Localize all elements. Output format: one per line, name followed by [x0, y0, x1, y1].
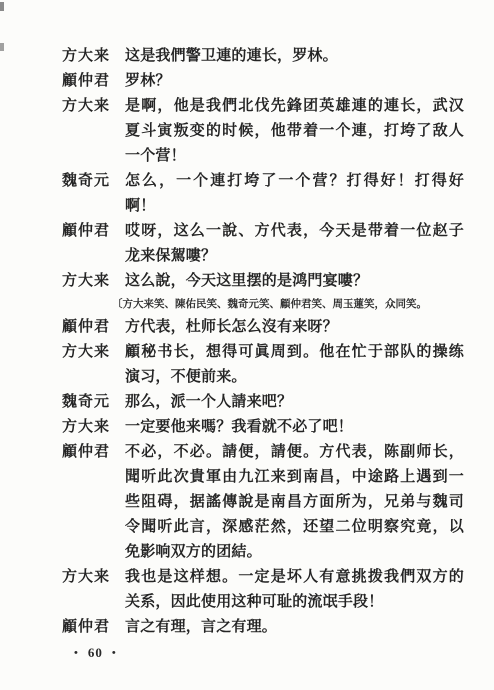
- footer-dot-left-icon: •: [74, 647, 79, 660]
- dialogue-script: 方大来 这是我們警卫連的連长，罗林。 顧仲君 罗林？ 方大来 是啊，他是我們北伐…: [62, 44, 464, 640]
- page-number-value: 60: [88, 645, 103, 661]
- dialogue-line: 令聞听此言，深感茫然，还望二位明察究竟，以: [125, 515, 464, 540]
- dialogue-line: 龙来保駕嘍？: [125, 244, 464, 269]
- dialogue-row: 方大来 是啊，他是我們北伐先鋒团英雄連的連长，武汉: [62, 94, 464, 119]
- page-number: • 60 •: [74, 645, 117, 661]
- dialogue-row: 免影响双方的团結。: [62, 540, 464, 565]
- dialogue-row: 方大来 顧秘书长，想得可眞周到。他在忙于部队的操练: [62, 340, 464, 365]
- dialogue-line: 一定要他来嗎？我看就不必了吧！: [125, 415, 464, 440]
- dialogue-line: 些阻碍，据謠傳說是南昌方面所为，兄弟与魏司: [125, 490, 464, 515]
- speaker-name: 方大来: [62, 415, 125, 440]
- dialogue-line: 夏斗寅叛变的时候，他带着一个連，打垮了敌人: [125, 119, 464, 144]
- dialogue-row: 些阻碍，据謠傳說是南昌方面所为，兄弟与魏司: [62, 490, 464, 515]
- dialogue-row: 聞听此次貴軍由九江来到南昌，中途路上遇到一: [62, 465, 464, 490]
- speaker-name: 魏奇元: [62, 390, 125, 415]
- dialogue-row: 顧仲君 不必，不必。請便，請便。方代表，陈副师长，: [62, 440, 464, 465]
- speaker-name: 方大来: [62, 94, 125, 119]
- dialogue-row: 龙来保駕嘍？: [62, 244, 464, 269]
- stage-direction: 〔方大来笑、陳佑民笑、魏奇元笑、顧仲君笑、周玉蓮笑，众同笑。: [112, 294, 464, 315]
- dialogue-row: 方大来 我也是这样想。一定是坏人有意挑拨我們双方的: [62, 565, 464, 590]
- speaker-name: 魏奇元: [62, 169, 125, 194]
- book-page: 方大来 这是我們警卫連的連长，罗林。 顧仲君 罗林？ 方大来 是啊，他是我們北伐…: [0, 0, 494, 690]
- scan-artifact: [0, 2, 4, 11]
- speaker-name: 顧仲君: [62, 440, 125, 465]
- dialogue-row: 方大来 这么說，今天这里摆的是鸿門宴嘍？: [62, 269, 464, 294]
- speaker-name: 方大来: [62, 340, 125, 365]
- dialogue-row: 方大来 一定要他来嗎？我看就不必了吧！: [62, 415, 464, 440]
- scan-artifact: [0, 43, 4, 51]
- dialogue-row: 一个营！: [62, 144, 464, 169]
- speaker-name: 顧仲君: [62, 219, 125, 244]
- dialogue-row: 顧仲君 言之有理，言之有理。: [62, 615, 464, 640]
- dialogue-line: 一个营！: [125, 144, 464, 169]
- dialogue-line: 罗林？: [125, 69, 464, 94]
- speaker-name: 方大来: [62, 565, 125, 590]
- dialogue-line: 是啊，他是我們北伐先鋒团英雄連的連长，武汉: [125, 94, 464, 119]
- dialogue-line: 关系，因此使用这种可耻的流氓手段！: [125, 590, 464, 615]
- dialogue-row: 啊！: [62, 194, 464, 219]
- dialogue-row: 顧仲君 方代表，杜师长怎么沒有来呀？: [62, 315, 464, 340]
- dialogue-row: 关系，因此使用这种可耻的流氓手段！: [62, 590, 464, 615]
- dialogue-line: 方代表，杜师长怎么沒有来呀？: [125, 315, 464, 340]
- dialogue-line: 这么說，今天这里摆的是鸿門宴嘍？: [125, 269, 464, 294]
- dialogue-row: 方大来 这是我們警卫連的連长，罗林。: [62, 44, 464, 69]
- dialogue-line: 啊！: [125, 194, 464, 219]
- dialogue-line: 言之有理，言之有理。: [125, 615, 464, 640]
- dialogue-line: 顧秘书长，想得可眞周到。他在忙于部队的操练: [125, 340, 464, 365]
- dialogue-row: 魏奇元 那么，派一个人請来吧？: [62, 390, 464, 415]
- dialogue-line: 演习，不便前来。: [125, 365, 464, 390]
- dialogue-row: 令聞听此言，深感茫然，还望二位明察究竟，以: [62, 515, 464, 540]
- speaker-name: 方大来: [62, 269, 125, 294]
- dialogue-row: 夏斗寅叛变的时候，他带着一个連，打垮了敌人: [62, 119, 464, 144]
- dialogue-line: 怎么，一个連打垮了一个营？打得好！打得好: [125, 169, 464, 194]
- dialogue-row: 魏奇元 怎么，一个連打垮了一个营？打得好！打得好: [62, 169, 464, 194]
- speaker-name: 顧仲君: [62, 315, 125, 340]
- dialogue-line: 这是我們警卫連的連长，罗林。: [125, 44, 464, 69]
- dialogue-line: 那么，派一个人請来吧？: [125, 390, 464, 415]
- dialogue-line: 我也是这样想。一定是坏人有意挑拨我們双方的: [125, 565, 464, 590]
- speaker-name: 顧仲君: [62, 69, 125, 94]
- speaker-name: 顧仲君: [62, 615, 125, 640]
- dialogue-line: 哎呀，这么一說、方代表，今天是带着一位赵子: [125, 219, 464, 244]
- speaker-name: 方大来: [62, 44, 125, 69]
- footer-dot-right-icon: •: [112, 647, 117, 660]
- dialogue-row: 顧仲君 罗林？: [62, 69, 464, 94]
- dialogue-line: 不必，不必。請便，請便。方代表，陈副师长，: [125, 440, 464, 465]
- dialogue-row: 顧仲君 哎呀，这么一說、方代表，今天是带着一位赵子: [62, 219, 464, 244]
- dialogue-line: 免影响双方的团結。: [125, 540, 464, 565]
- dialogue-row: 演习，不便前来。: [62, 365, 464, 390]
- dialogue-row: 〔方大来笑、陳佑民笑、魏奇元笑、顧仲君笑、周玉蓮笑，众同笑。: [62, 294, 464, 315]
- dialogue-line: 聞听此次貴軍由九江来到南昌，中途路上遇到一: [125, 465, 464, 490]
